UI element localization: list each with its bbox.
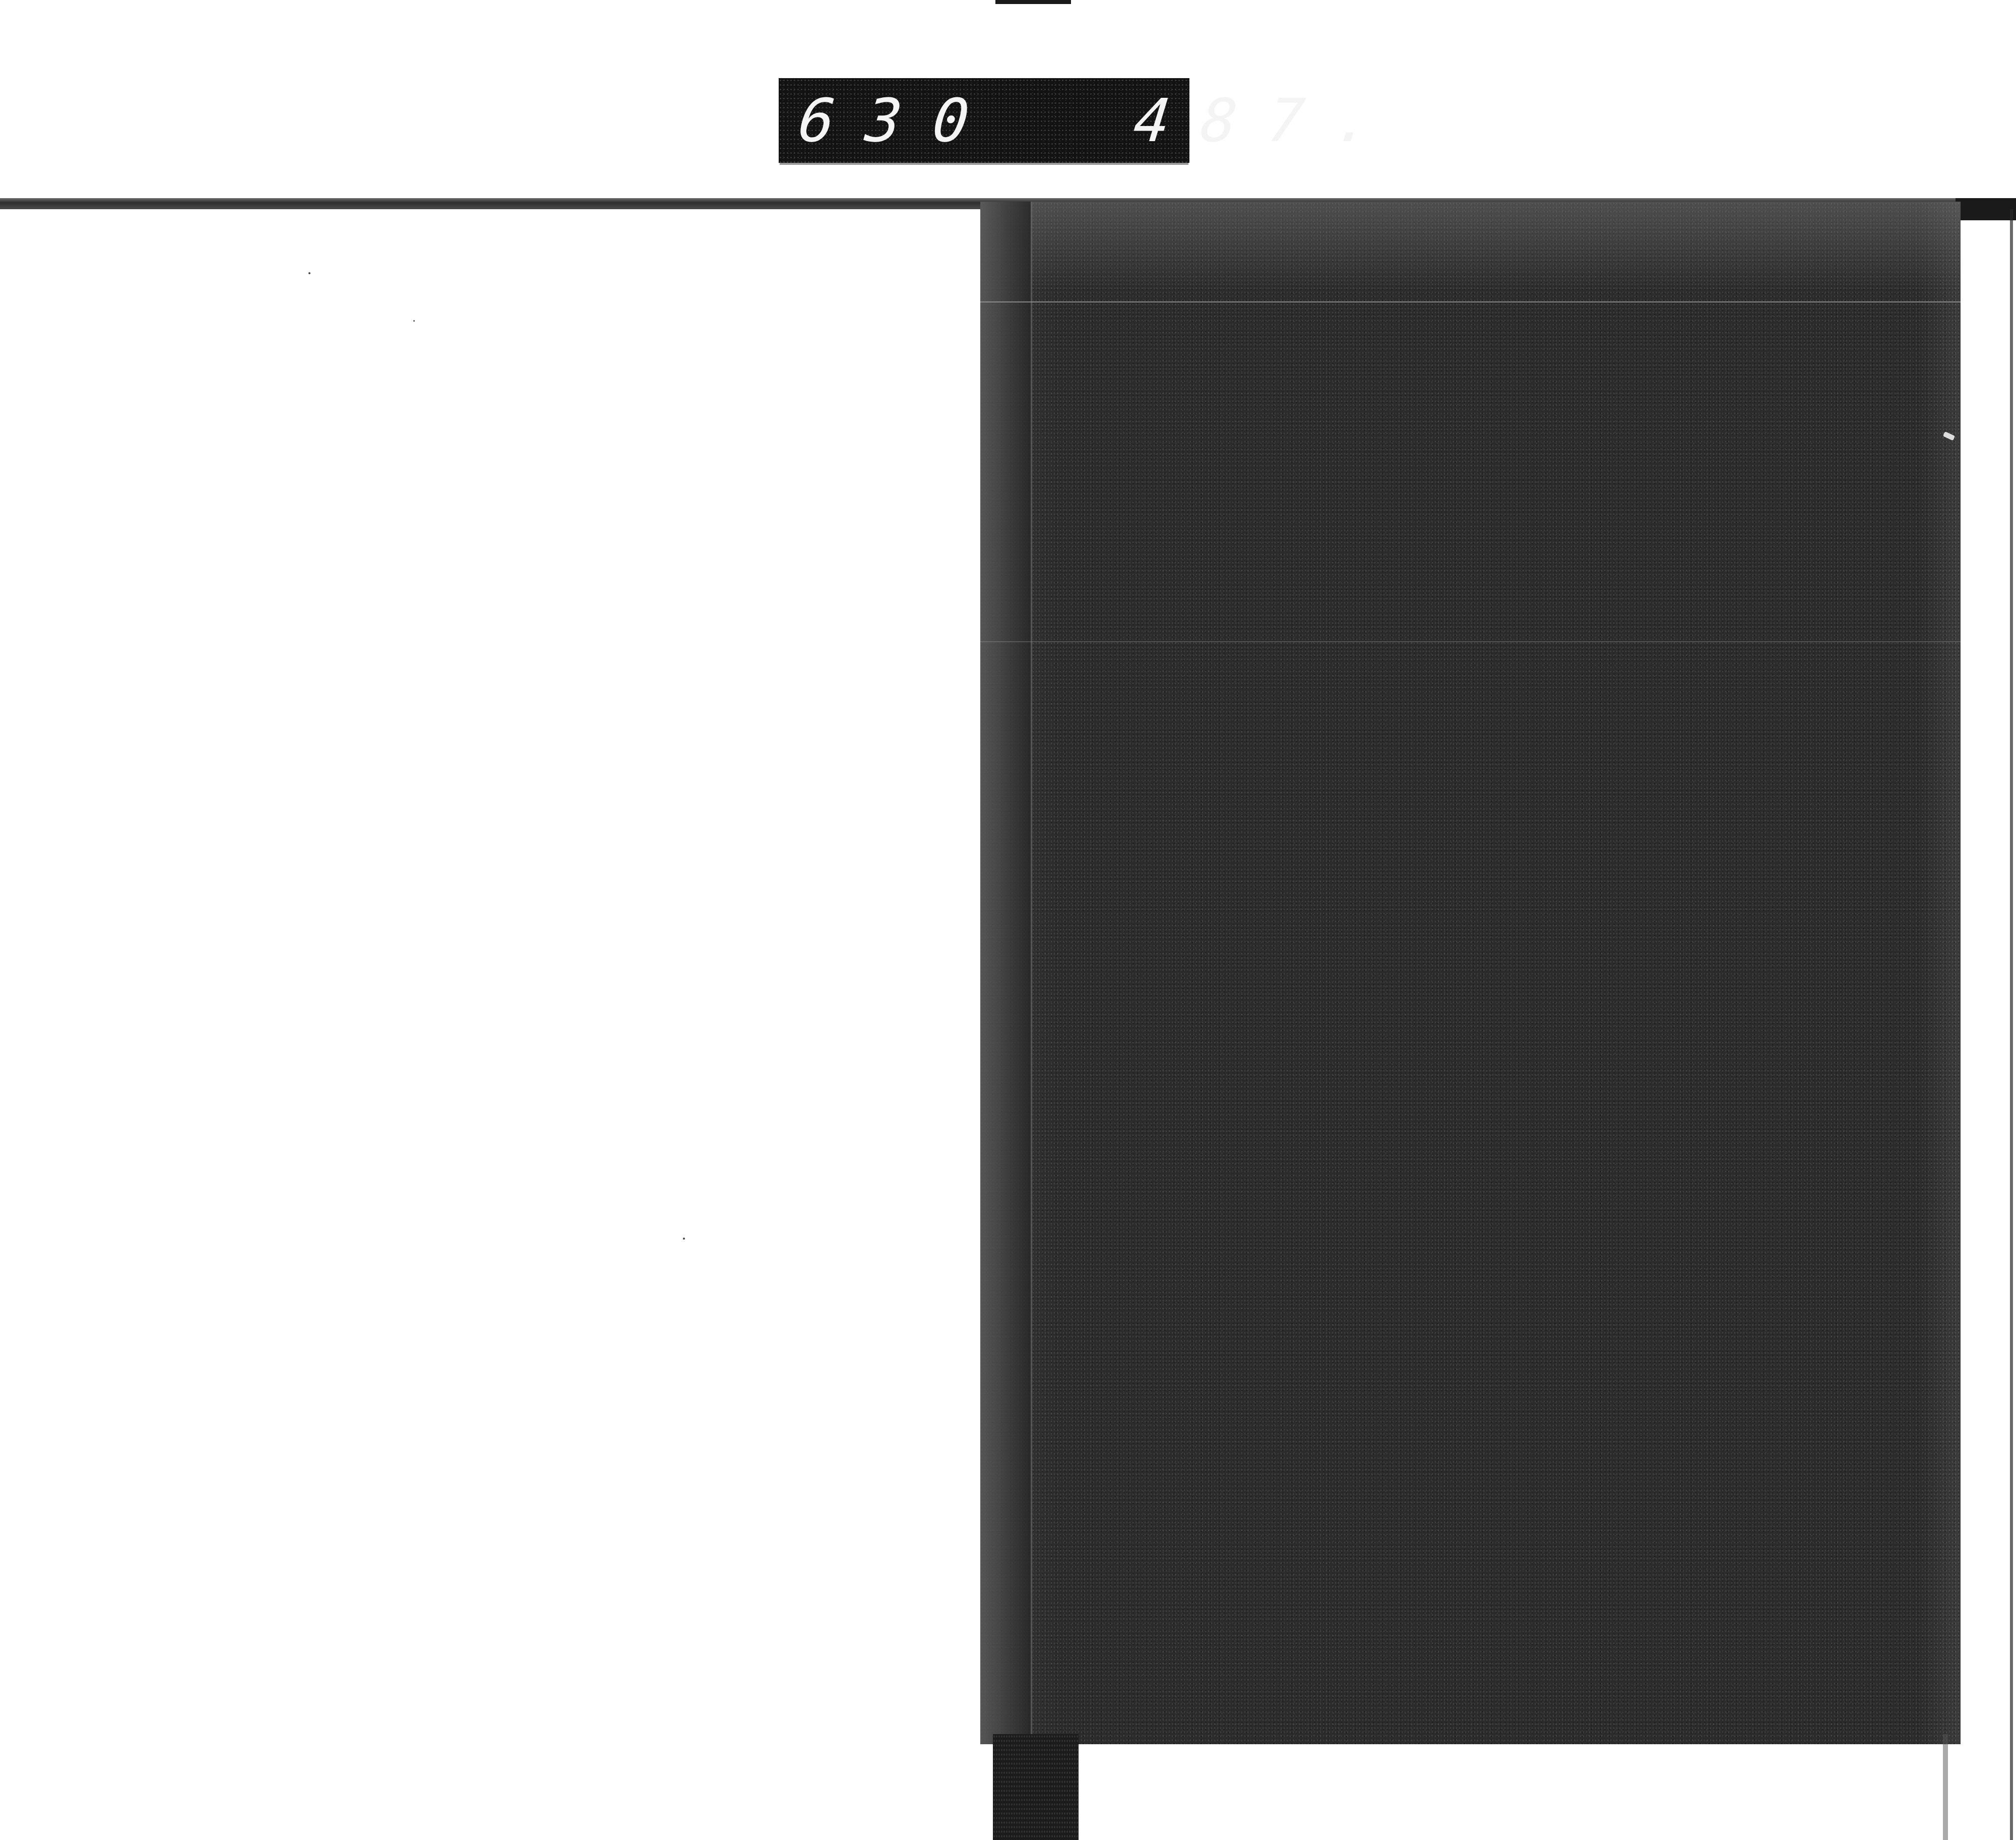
book-spine (980, 202, 1031, 1744)
spine-hinge-line (1031, 202, 1032, 1744)
scan-line (980, 301, 1961, 302)
film-header: 630 487. (0, 0, 2016, 199)
cover-scratch (1943, 432, 1955, 441)
film-notch (995, 0, 1071, 4)
page-edge (1943, 1734, 1948, 1840)
blank-area-below-cover (1079, 1744, 1950, 1840)
book-cover (980, 202, 1961, 1744)
film-edge-corner (1956, 198, 2016, 220)
dust-speck (413, 320, 415, 322)
scan-line (980, 641, 1961, 642)
binding-strip (993, 1734, 1079, 1840)
dust-speck (308, 272, 310, 274)
right-film-edge (2010, 209, 2013, 1840)
frame-number-label: 630 487. (779, 78, 1189, 163)
frame-number-text: 630 487. (796, 91, 1406, 150)
cover-wear (980, 202, 1961, 292)
dust-speck (683, 1238, 685, 1240)
blank-left-page (0, 209, 980, 1840)
